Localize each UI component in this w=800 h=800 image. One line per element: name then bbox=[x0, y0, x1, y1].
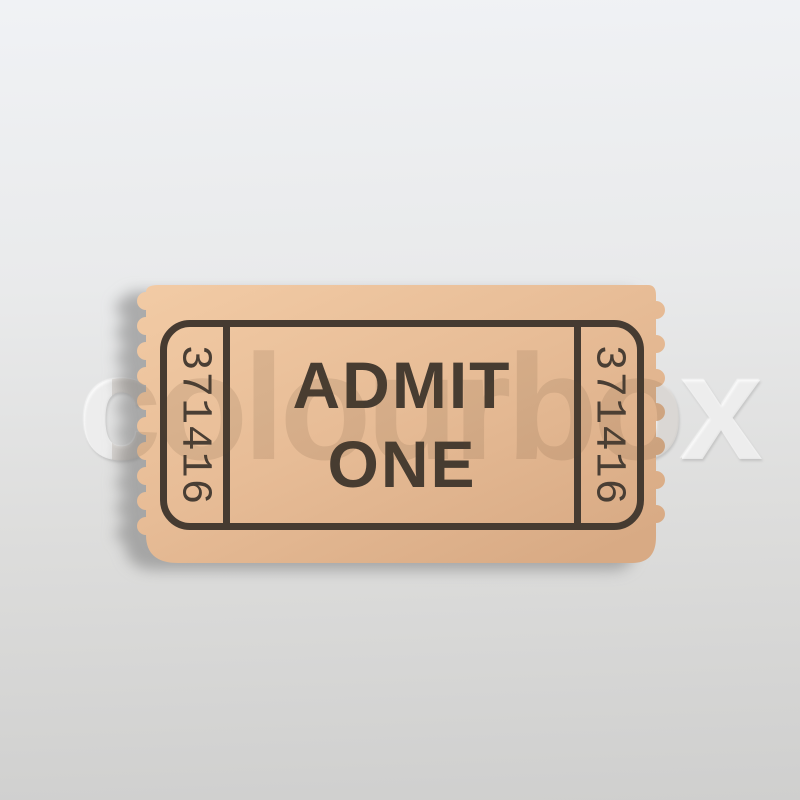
ticket-title-line2: ONE bbox=[327, 425, 476, 504]
stock-image-canvas: colourbox 371416 ADMIT ONE 371416 colour… bbox=[0, 0, 800, 800]
serial-number-right: 371416 bbox=[585, 345, 634, 506]
ticket-stub-left: 371416 bbox=[167, 327, 230, 523]
ticket-title-line1: ADMIT bbox=[293, 346, 512, 425]
ticket-title: ADMIT ONE bbox=[230, 327, 574, 523]
ticket-printed-frame: 371416 ADMIT ONE 371416 bbox=[160, 320, 644, 530]
serial-number-left: 371416 bbox=[171, 345, 220, 506]
ticket-stub-right: 371416 bbox=[574, 327, 637, 523]
